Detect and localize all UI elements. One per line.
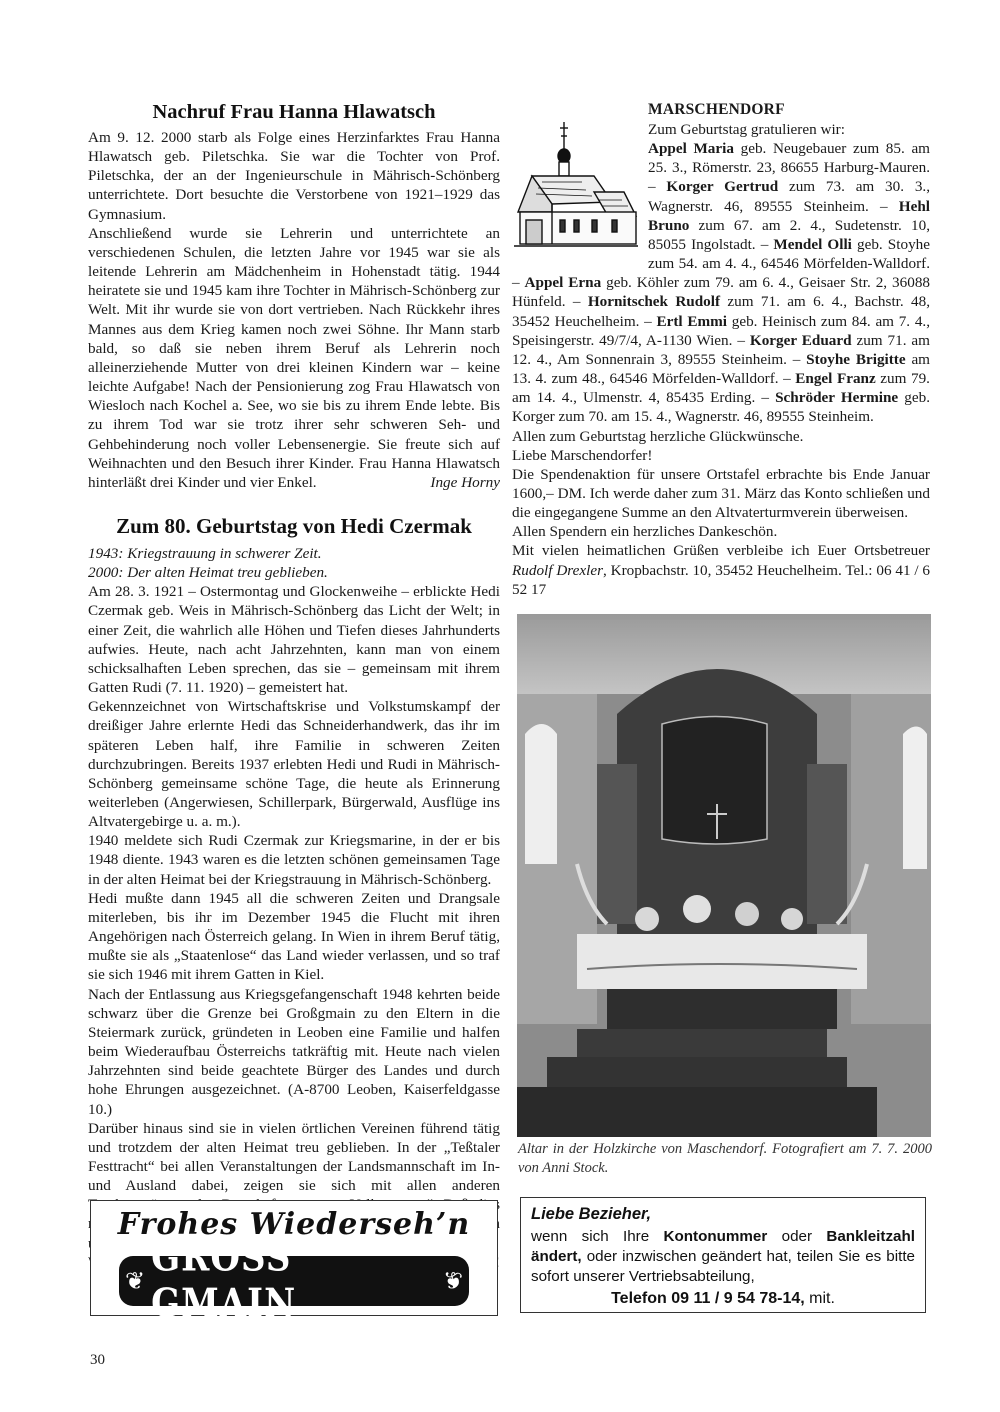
birthday-name: Korger Gertrud [666,178,778,195]
birthday-title: Zum 80. Geburtstag von Hedi Czermak [88,514,500,538]
birthday-paragraph: Nach der Entlassung aus Kriegsgefangensc… [88,985,500,1119]
birthday-name: Korger Eduard [750,332,852,349]
birthday-name: Schröder Hermine [775,389,898,406]
altar-photo [517,614,931,1137]
advert-banner: ❦ GROSS GMAIN ❦ [119,1256,469,1306]
birthday-name: Appel Erna [525,274,602,291]
obituary-paragraph: Anschließend wurde sie Lehrerin und unte… [88,224,500,492]
altar-image-icon [517,614,931,1137]
notice-text: oder [767,1228,826,1245]
birthday-name: Hornitschek Rudolf [588,293,720,310]
leaf-ornament-icon: ❦ [443,1267,463,1296]
birthday-name: Mendel Olli [773,236,852,253]
notice-phone-number: Telefon 09 11 / 9 54 78-14, [611,1290,805,1307]
left-column: Nachruf Frau Hanna Hlawatsch Am 9. 12. 2… [88,100,500,1272]
notice-text: oder inzwischen geändert hat, teilen Sie… [531,1248,915,1285]
obituary-paragraph: Am 9. 12. 2000 starb als Folge eines Her… [88,128,500,224]
birthday-name: Ertl Emmi [656,313,727,330]
marschendorf-closing: Mit vielen heimatlichen Grüßen verbleibe… [512,541,930,598]
right-column: MARSCHENDORF Zum Geburtstag gratulieren … [512,100,930,599]
closing-text: Mit vielen heimatlichen Grüßen verbleibe… [512,542,930,559]
notice-text: wenn sich Ihre [531,1228,664,1245]
signer-name: Rudolf Drexler [512,562,603,579]
marschendorf-greeting: Allen zum Geburtstag herzliche Glückwüns… [512,427,930,446]
birthday-paragraph: Am 28. 3. 1921 – Ostermontag und Glocken… [88,582,500,697]
subscriber-notice: Liebe Bezieher, wenn sich Ihre Kontonumm… [520,1197,926,1313]
marschendorf-thanks: Allen Spendern ein herzliches Dankeschön… [512,522,930,541]
obituary-paragraph-text: Anschließend wurde sie Lehrerin und unte… [88,225,500,491]
marschendorf-donation: Die Spendenaktion für unsere Ortstafel e… [512,465,930,522]
notice-bold-account: Kontonummer [664,1228,768,1245]
leaf-ornament-icon: ❦ [125,1267,145,1296]
birthday-subtitle: 1943: Kriegstrauung in schwerer Zeit. [88,544,500,563]
gross-gmain-advert: Frohes Wiederseh’n ❦ GROSS GMAIN ❦ [90,1200,498,1316]
marschendorf-intro: Zum Geburtstag gratulieren wir: [648,120,930,139]
notice-phone: Telefon 09 11 / 9 54 78-14, mit. [531,1289,915,1309]
birthday-paragraph: 1940 meldete sich Rudi Czermak zur Krieg… [88,831,500,888]
birthday-name: Stoyhe Brigitte [806,351,905,368]
marschendorf-heading: MARSCHENDORF [648,100,930,120]
marschendorf-salutation: Liebe Marschendorfer! [512,446,930,465]
birthday-paragraph: Gekennzeichnet von Wirtschaftskrise und … [88,697,500,831]
birthday-name: Engel Franz [795,370,875,387]
birthday-paragraph: Hedi mußte dann 1945 all die schweren Ze… [88,889,500,985]
notice-heading: Liebe Bezieher, [531,1204,915,1224]
notice-phone-tail: mit. [805,1290,835,1307]
advert-banner-text: GROSS GMAIN [151,1235,437,1327]
wooden-church-icon [512,116,640,256]
photo-caption: Altar in der Holzkirche von Maschendorf.… [518,1140,932,1178]
birthday-name: Appel Maria [648,140,734,157]
notice-body: wenn sich Ihre Kontonummer oder Bankleit… [531,1227,915,1287]
page-number: 30 [90,1352,105,1369]
obituary-title: Nachruf Frau Hanna Hlawatsch [88,100,500,124]
obituary-author: Inge Horny [430,473,500,492]
birthday-subtitle: 2000: Der alten Heimat treu geblieben. [88,563,500,582]
